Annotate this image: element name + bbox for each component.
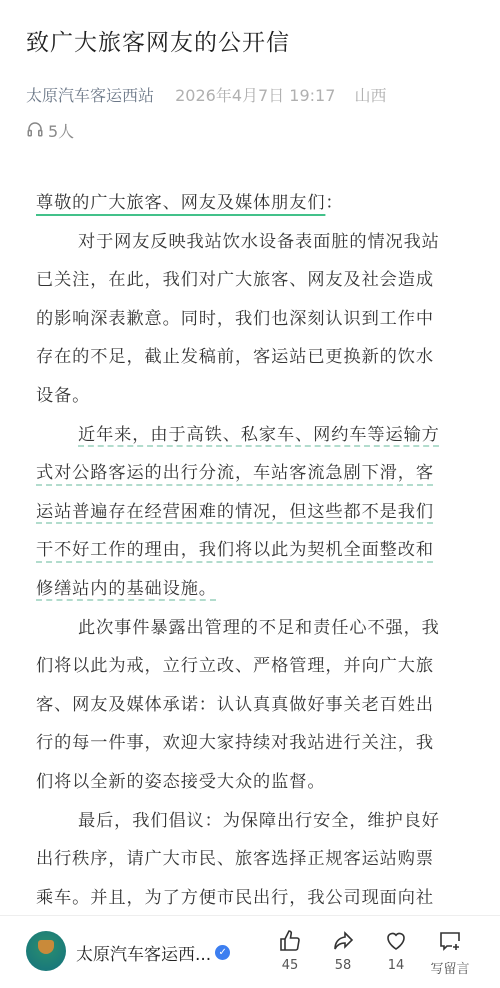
- paragraph-3: 此次事件暴露出管理的不足和责任心不强，我 们将以此为戒，立行立改、严格管理，并向…: [36, 609, 464, 802]
- verified-badge-icon: ✓: [215, 945, 230, 960]
- paragraph-line[interactable]: 式对公路客运的出行分流，车站客流急剧下滑，客: [36, 463, 434, 483]
- paragraph-line[interactable]: 干不好工作的理由，我们将以此为契机全面整改和: [36, 540, 434, 560]
- paragraph-line: 设备。: [36, 377, 464, 416]
- heart-icon: [371, 926, 421, 956]
- favorite-count: 14: [371, 958, 421, 973]
- paragraph-line: 出行秩序，请广大市民、旅客选择正规客运站购票: [36, 840, 464, 879]
- paragraph-line: 最后，我们倡议：为保障出行安全，维护良好: [36, 802, 464, 841]
- paragraph-line: 已关注，在此，我们对广大旅客、网友及社会造成: [36, 261, 464, 300]
- listener-count: 5人: [48, 119, 74, 142]
- region-label: 山西: [354, 86, 386, 105]
- paragraph-4: 最后，我们倡议：为保障出行安全，维护良好 出行秩序，请广大市民、旅客选择正规客运…: [36, 802, 464, 918]
- publish-date: 2026年4月7日 19:17: [175, 86, 335, 105]
- favorite-button[interactable]: 14: [371, 926, 421, 973]
- greeting-line: 尊敬的广大旅客、网友及媒体朋友们：: [36, 184, 464, 223]
- share-button[interactable]: 58: [318, 926, 368, 973]
- paragraph-line: 客、网友及媒体承诺：认认真真做好事关老百姓出: [36, 686, 464, 725]
- thumbs-up-icon: [265, 926, 315, 956]
- author-link[interactable]: 太原汽车客运西站: [26, 86, 154, 105]
- comment-button[interactable]: 写留言: [425, 926, 475, 977]
- paragraph-line: 此次事件暴露出管理的不足和责任心不强，我: [36, 609, 464, 648]
- share-count: 58: [318, 958, 368, 973]
- logo-icon: [38, 940, 54, 954]
- paragraph-line: 存在的不足，截止发稿前，客运站已更换新的饮水: [36, 338, 464, 377]
- comment-add-icon: [425, 926, 475, 956]
- article-title: 致广大旅客网友的公开信: [26, 24, 290, 57]
- like-count: 45: [265, 958, 315, 973]
- share-arrow-icon: [318, 926, 368, 956]
- article-body: 尊敬的广大旅客、网友及媒体朋友们： 对于网友反映我站饮水设备表面脏的情况我站 已…: [36, 184, 464, 917]
- paragraph-2: 近年来，由于高铁、私家车、网约车等运输方 式对公路客运的出行分流，车站客流急剧下…: [36, 416, 464, 609]
- article-meta: 太原汽车客运西站 2026年4月7日 19:17 山西: [26, 83, 387, 106]
- paragraph-line[interactable]: 修缮站内的基础设施。: [36, 579, 217, 599]
- account-name-link[interactable]: 太原汽车客运西... ✓: [76, 940, 230, 965]
- paragraph-line: 的影响深表歉意。同时，我们也深刻认识到工作中: [36, 300, 464, 339]
- paragraph-line: 们将以此为戒，立行立改、严格管理，并向广大旅: [36, 647, 464, 686]
- paragraph-line: 行的每一件事，欢迎大家持续对我站进行关注，我: [36, 724, 464, 763]
- like-button[interactable]: 45: [265, 926, 315, 973]
- paragraph-1: 对于网友反映我站饮水设备表面脏的情况我站 已关注，在此，我们对广大旅客、网友及社…: [36, 223, 464, 416]
- headphones-icon: [26, 120, 44, 142]
- paragraph-line: 们将以全新的姿态接受大众的监督。: [36, 763, 464, 802]
- listen-button[interactable]: 5人: [26, 119, 74, 142]
- bottom-action-bar: 太原汽车客运西... ✓ 45 58 14 写留言: [0, 915, 500, 988]
- paragraph-line[interactable]: 运站普遍存在经营困难的情况，但这些都不是我们: [36, 502, 434, 522]
- paragraph-line: 对于网友反映我站饮水设备表面脏的情况我站: [36, 223, 464, 262]
- account-name: 太原汽车客运西...: [76, 940, 211, 965]
- paragraph-line: 乘车。并且，为了方便市民出行，我公司现面向社: [36, 879, 464, 918]
- account-avatar[interactable]: [26, 931, 66, 971]
- greeting-text: 尊敬的广大旅客、网友及媒体朋友们: [36, 193, 325, 213]
- paragraph-line[interactable]: 近年来，由于高铁、私家车、网约车等运输方: [78, 425, 440, 445]
- comment-label: 写留言: [425, 958, 475, 977]
